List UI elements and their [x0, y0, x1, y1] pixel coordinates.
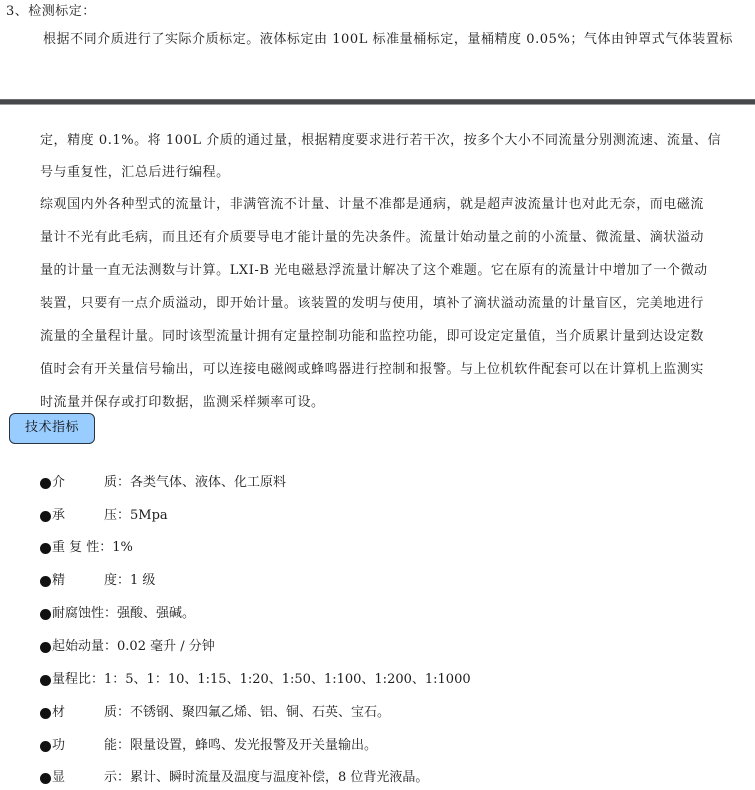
spec-value: 各类气体、液体、化工原料: [130, 473, 286, 493]
page-separator-bar: [0, 99, 755, 105]
spec-label: 耐腐蚀性：: [52, 604, 117, 624]
spec-value: 1 级: [130, 571, 155, 591]
spec-label: 精 度：: [52, 571, 130, 591]
paragraph-overview-line-6: 值时会有开关量信号输出，可以连接电磁阀或蜂鸣器进行控制和报警。与上位机软件配套可…: [40, 360, 704, 380]
paragraph-overview-line-3: 量的计量一直无法测数与计算。LXI-B 光电磁悬浮流量计解决了这个难题。它在原有…: [40, 261, 708, 281]
bullet-icon: [40, 773, 51, 784]
spec-value: 强酸、强碱。: [117, 604, 195, 624]
bullet-icon: [40, 741, 51, 752]
spec-label: 量程比：: [52, 670, 104, 690]
paragraph-overview-line-2: 量计不光有此毛病，而且还有介质要导电才能计量的先决条件。流量计始动量之前的小流量…: [40, 228, 704, 248]
spec-item-accuracy: 精 度： 1 级: [40, 571, 155, 591]
spec-label: 重 复 性：: [52, 538, 112, 558]
spec-value: 5Mpa: [130, 506, 168, 526]
bullet-icon: [40, 543, 51, 554]
bullet-icon: [40, 642, 51, 653]
spec-item-function: 功 能： 限量设置，蜂鸣、发光报警及开关量输出。: [40, 736, 377, 756]
spec-value: 不锈钢、聚四氟乙烯、铝、铜、石英、宝石。: [130, 703, 390, 723]
spec-item-turndown-ratio: 量程比： 1：5、1：10、1:15、1:20、1:50、1:100、1:200…: [40, 670, 471, 690]
spec-label: 显 示：: [52, 768, 130, 788]
spec-item-corrosion-resistance: 耐腐蚀性： 强酸、强碱。: [40, 604, 195, 624]
spec-value: 1%: [112, 538, 133, 558]
bullet-icon: [40, 576, 51, 587]
section-heading: 3、检测标定：: [6, 2, 96, 22]
paragraph-calibration-cont-line-1: 定，精度 0.1%。将 100L 介质的通过量，根据精度要求进行若干次，按多个大…: [40, 131, 721, 151]
tech-specs-badge: 技术指标: [9, 413, 95, 444]
paragraph-calibration-line-1: 根据不同介质进行了实际介质标定。液体标定由 100L 标准量桶标定，量桶精度 0…: [43, 30, 733, 50]
spec-item-medium: 介 质： 各类气体、液体、化工原料: [40, 473, 286, 493]
spec-value: 0.02 毫升 / 分钟: [117, 637, 215, 657]
spec-item-material: 材 质： 不锈钢、聚四氟乙烯、铝、铜、石英、宝石。: [40, 703, 390, 723]
spec-item-display: 显 示： 累计、瞬时流量及温度与温度补偿，8 位背光液晶。: [40, 768, 428, 788]
paragraph-overview-line-5: 流量的全量程计量。同时该型流量计拥有定量控制功能和监控功能，即可设定定量值，当介…: [40, 327, 704, 347]
spec-label: 介 质：: [52, 473, 130, 493]
spec-value: 累计、瞬时流量及温度与温度补偿，8 位背光液晶。: [130, 768, 428, 788]
spec-value: 1：5、1：10、1:15、1:20、1:50、1:100、1:200、1:10…: [104, 670, 471, 690]
spec-label: 材 质：: [52, 703, 130, 723]
bullet-icon: [40, 708, 51, 719]
paragraph-overview-line-4: 装置，只要有一点介质溢动，即开始计量。该装置的发明与使用，填补了滴状溢动流量的计…: [40, 294, 704, 314]
paragraph-overview-line-1: 综观国内外各种型式的流量计，非满管流不计量、计量不准都是通病，就是超声波流量计也…: [40, 195, 704, 215]
paragraph-overview-line-7: 时流量并保存或打印数据，监测采样频率可设。: [40, 393, 325, 413]
spec-item-repeatability: 重 复 性： 1%: [40, 538, 133, 558]
spec-label: 功 能：: [52, 736, 130, 756]
paragraph-calibration-cont-line-2: 号与重复性，汇总后进行编程。: [40, 163, 230, 183]
bullet-icon: [40, 609, 51, 620]
bullet-icon: [40, 478, 51, 489]
spec-label: 承 压：: [52, 506, 130, 526]
bullet-icon: [40, 675, 51, 686]
spec-value: 限量设置，蜂鸣、发光报警及开关量输出。: [130, 736, 377, 756]
spec-item-starting-flow: 起始动量： 0.02 毫升 / 分钟: [40, 637, 215, 657]
spec-label: 起始动量：: [52, 637, 117, 657]
spec-item-pressure: 承 压： 5Mpa: [40, 506, 168, 526]
bullet-icon: [40, 511, 51, 522]
